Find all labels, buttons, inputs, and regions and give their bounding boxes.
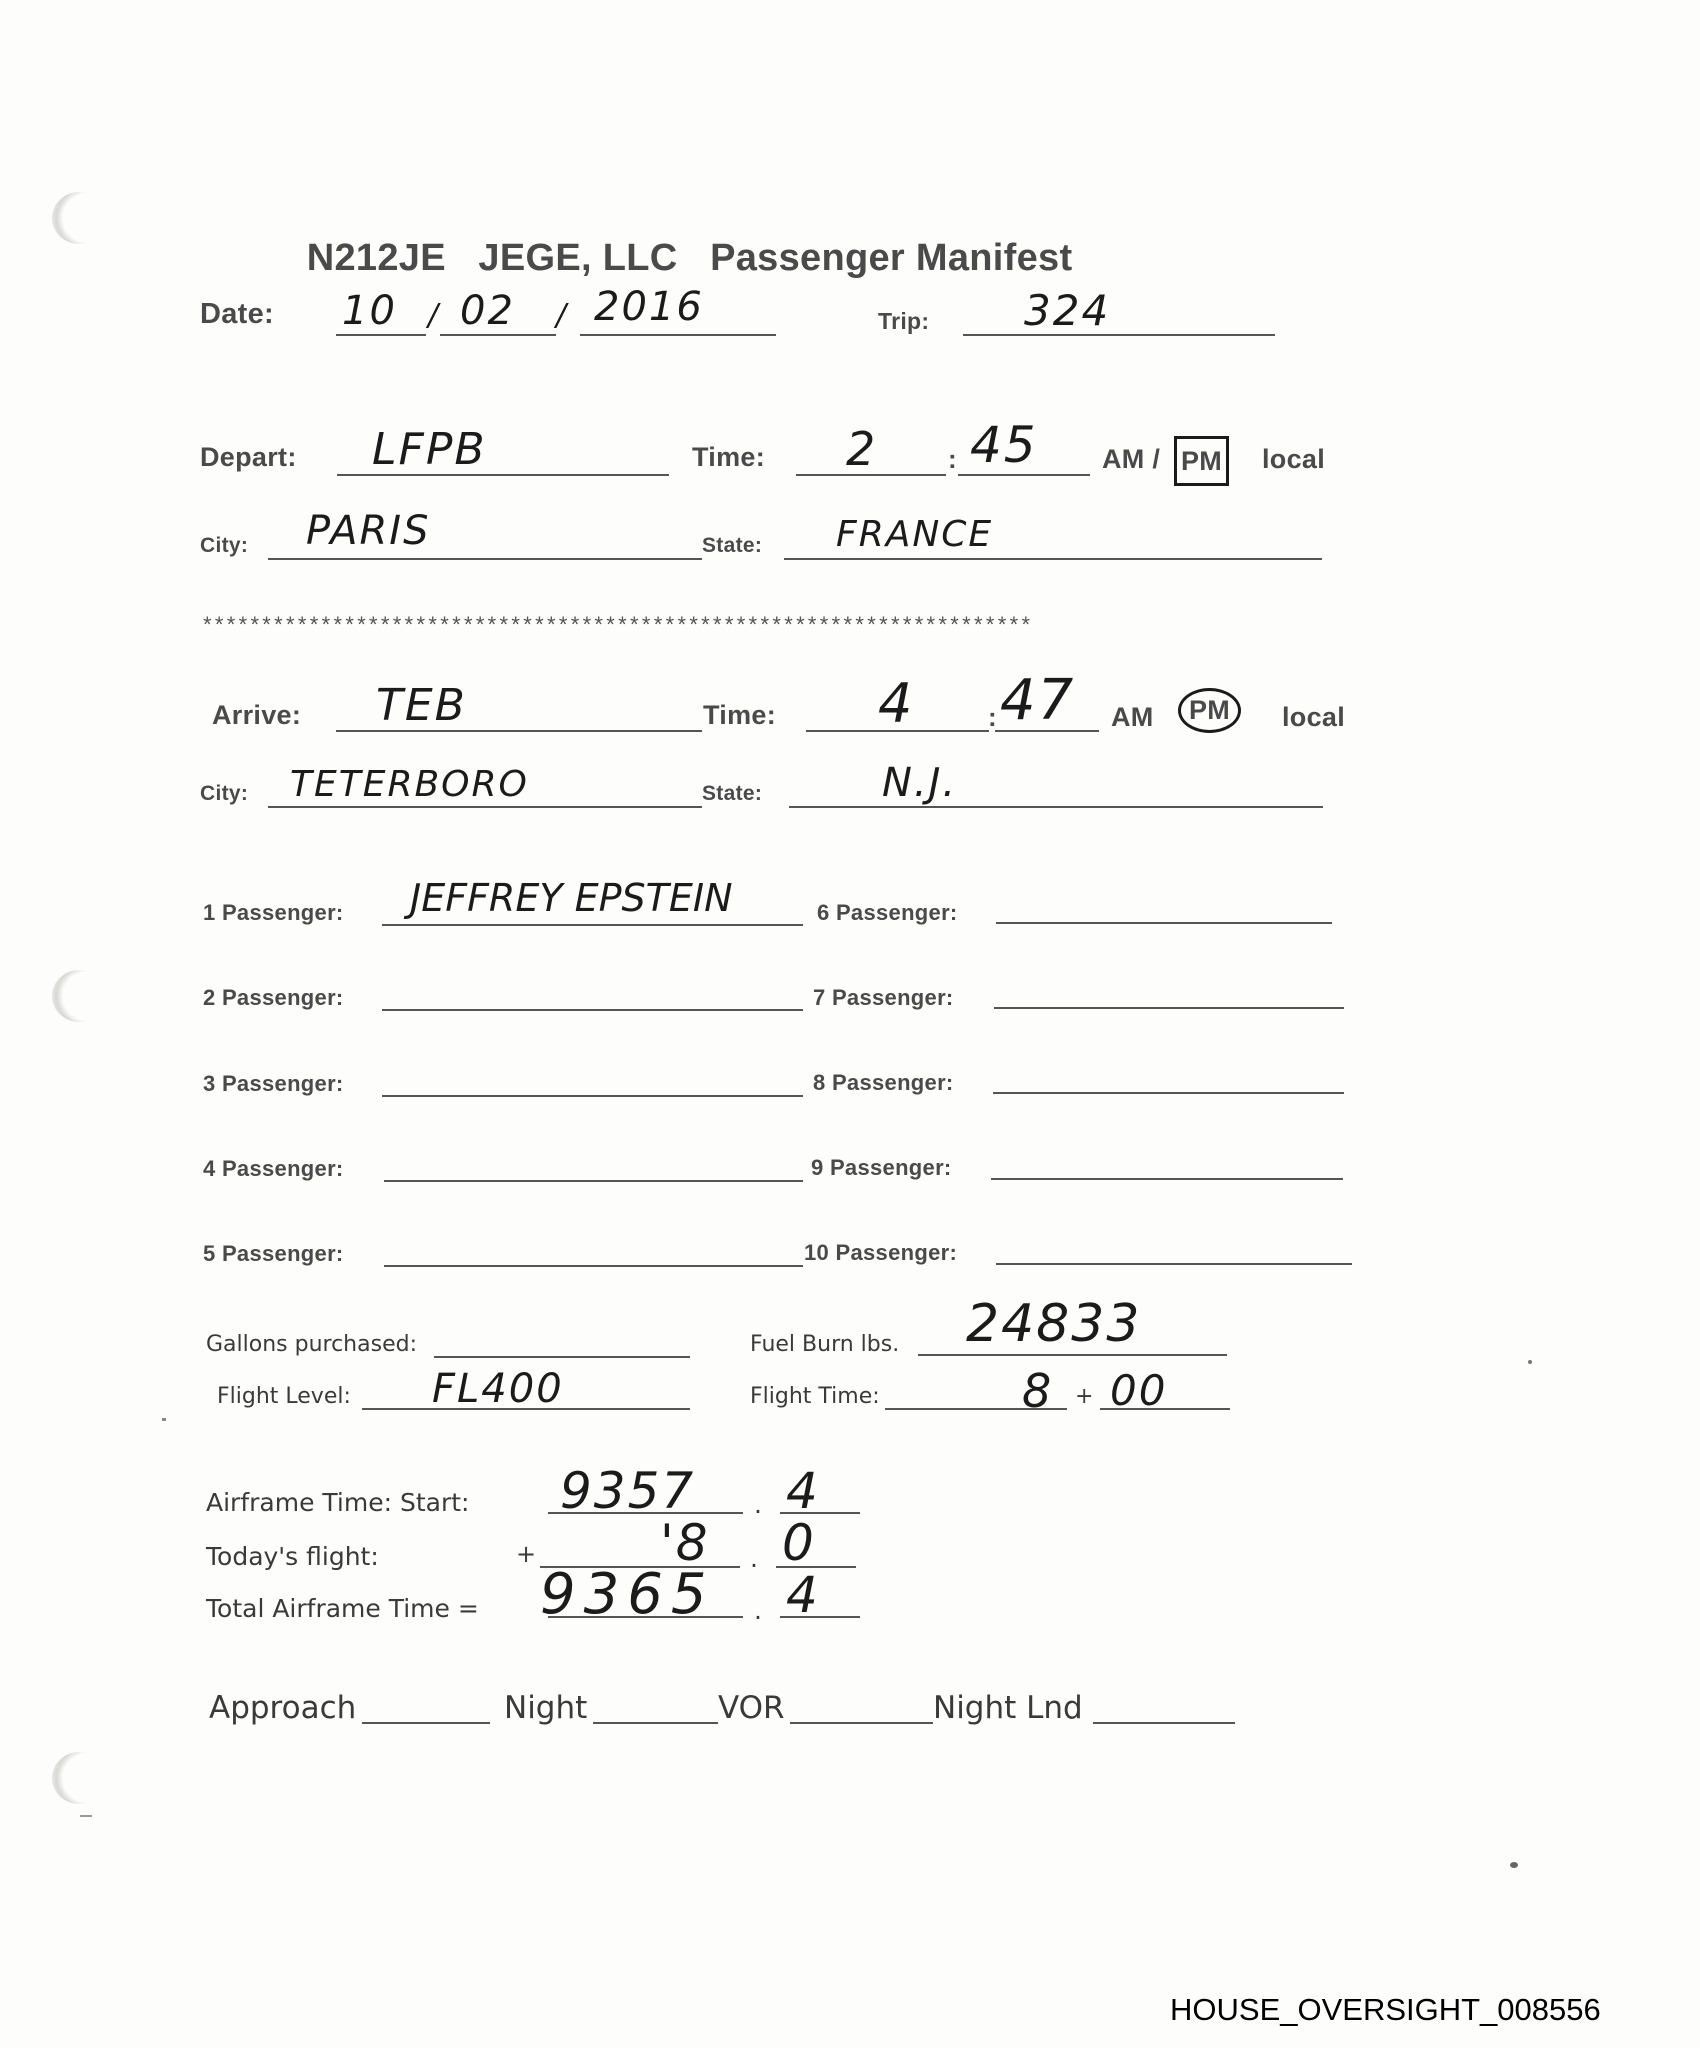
arrive-city-label: City: (200, 782, 248, 806)
depart-state-line (784, 558, 1322, 560)
passenger-10-line (996, 1263, 1352, 1265)
depart-state-label: State: (702, 534, 762, 558)
depart-pm-option-selected[interactable]: PM (1174, 436, 1229, 486)
night-label: Night (504, 1690, 587, 1726)
scan-speck (1528, 1360, 1532, 1364)
flight-time-hours-field[interactable]: 8 (1022, 1364, 1053, 1418)
passenger-8-label: 8 Passenger: (813, 1070, 954, 1096)
depart-local-label: local (1262, 444, 1325, 475)
total-airframe-tenth-field[interactable]: 4 (786, 1566, 820, 1624)
depart-city-label: City: (200, 534, 248, 558)
passenger-3-label: 3 Passenger: (203, 1071, 344, 1097)
date-day-field[interactable]: 02 (460, 288, 515, 334)
passenger-10-label: 10 Passenger: (804, 1240, 957, 1266)
binder-hole-bottom (52, 1752, 106, 1804)
depart-time-label: Time: (692, 442, 765, 473)
passenger-2-label: 2 Passenger: (203, 985, 344, 1011)
todays-flight-plus: + (516, 1540, 536, 1568)
passenger-8-line (993, 1092, 1344, 1094)
airframe-start-tenth-field[interactable]: 4 (786, 1462, 820, 1520)
passenger-5-label: 5 Passenger: (203, 1241, 344, 1267)
airframe-start-whole-field[interactable]: 9357 (560, 1462, 695, 1520)
depart-hour-field[interactable]: 2 (846, 422, 877, 476)
binder-hole-middle (52, 970, 106, 1022)
passenger-4-line (384, 1180, 803, 1182)
airframe-start-dot: . (754, 1490, 762, 1519)
fuel-burn-field[interactable]: 24833 (966, 1294, 1141, 1354)
passenger-5-line (384, 1265, 803, 1267)
date-separator: / (428, 298, 440, 333)
flight-time-label: Flight Time: (750, 1384, 880, 1409)
airframe-start-label: Airframe Time: Start: (206, 1488, 469, 1517)
scan-speck (1510, 1862, 1518, 1868)
depart-minute-line (958, 474, 1090, 476)
arrive-airport-field[interactable]: TEB (376, 680, 467, 731)
date-month-line (336, 334, 426, 336)
depart-airport-field[interactable]: LFPB (372, 424, 487, 475)
depart-am-option[interactable]: AM / (1102, 444, 1160, 475)
flight-time-separator: + (1075, 1384, 1093, 1409)
passenger-1-line (382, 924, 803, 926)
arrive-city-line (268, 806, 702, 808)
trip-label: Trip: (878, 308, 929, 335)
arrive-time-label: Time: (703, 700, 776, 731)
date-year-field[interactable]: 2016 (594, 284, 704, 330)
depart-state-field[interactable]: FRANCE (836, 514, 993, 555)
passenger-1-field[interactable]: JEFFREY EPSTEIN (410, 876, 733, 920)
date-year-line (580, 334, 776, 336)
passenger-6-line (996, 922, 1332, 924)
passenger-6-label: 6 Passenger: (817, 900, 958, 926)
arrive-minute-field[interactable]: 47 (1000, 668, 1075, 733)
passenger-9-label: 9 Passenger: (811, 1155, 952, 1181)
arrive-state-label: State: (702, 782, 762, 806)
total-airframe-whole-field[interactable]: 9365 (540, 1562, 715, 1627)
arrive-state-line (789, 806, 1323, 808)
night-line (593, 1722, 718, 1724)
passenger-2-line (382, 1009, 803, 1011)
bates-number: HOUSE_OVERSIGHT_008556 (1170, 1992, 1601, 2028)
tail-number: N212JE (307, 237, 446, 279)
arrive-time-colon: : (988, 702, 997, 733)
scan-speck (162, 1418, 166, 1421)
fuel-burn-line (918, 1354, 1227, 1356)
trip-line (963, 334, 1275, 336)
vor-label: VOR (718, 1690, 785, 1726)
night-landing-line (1093, 1722, 1235, 1724)
flight-level-field[interactable]: FL400 (432, 1366, 564, 1412)
date-month-field[interactable]: 10 (342, 288, 397, 334)
flight-time-minutes-field[interactable]: 00 (1110, 1366, 1167, 1415)
fuel-burn-label: Fuel Burn lbs. (750, 1332, 899, 1357)
manifest-title: Passenger Manifest (710, 237, 1072, 279)
passenger-7-label: 7 Passenger: (813, 985, 954, 1011)
section-divider: ****************************************… (203, 612, 1363, 638)
arrive-local-label: local (1282, 702, 1345, 733)
company-name: JEGE, LLC (478, 237, 677, 279)
arrive-city-field[interactable]: TETERBORO (290, 764, 529, 805)
approach-line (362, 1722, 490, 1724)
depart-minute-field[interactable]: 45 (970, 416, 1038, 474)
passenger-4-label: 4 Passenger: (203, 1156, 344, 1182)
passenger-7-line (994, 1007, 1344, 1009)
approach-label: Approach (209, 1690, 356, 1726)
date-day-line (440, 334, 556, 336)
depart-label: Depart: (200, 442, 297, 473)
date-separator: / (556, 298, 568, 333)
binder-hole-top (52, 192, 106, 244)
date-label: Date: (200, 298, 274, 331)
passenger-1-label: 1 Passenger: (203, 900, 344, 926)
arrive-label: Arrive: (212, 700, 301, 731)
gallons-purchased-label: Gallons purchased: (206, 1332, 417, 1357)
trip-field[interactable]: 324 (1024, 286, 1110, 335)
arrive-am-option[interactable]: AM (1111, 702, 1154, 733)
form-title: N212JE JEGE, LLC Passenger Manifest (285, 194, 1072, 280)
total-airframe-label: Total Airframe Time = (206, 1594, 479, 1623)
depart-time-colon: : (948, 444, 957, 475)
todays-flight-tenth-field[interactable]: 0 (782, 1514, 816, 1572)
arrive-hour-field[interactable]: 4 (878, 672, 914, 735)
todays-flight-label: Today's flight: (206, 1542, 379, 1571)
night-landing-label: Night Lnd (933, 1690, 1083, 1726)
total-airframe-dot: . (754, 1596, 762, 1625)
scan-speck (80, 1815, 92, 1817)
depart-city-field[interactable]: PARIS (306, 508, 430, 554)
passenger-3-line (382, 1095, 803, 1097)
depart-city-line (268, 558, 702, 560)
vor-line (790, 1722, 933, 1724)
arrive-state-field[interactable]: N.J. (882, 760, 957, 806)
flight-level-label: Flight Level: (217, 1384, 351, 1409)
todays-flight-dot: . (750, 1544, 758, 1573)
arrive-pm-option-selected[interactable]: PM (1178, 688, 1241, 733)
gallons-purchased-line (434, 1356, 690, 1358)
passenger-9-line (991, 1178, 1343, 1180)
